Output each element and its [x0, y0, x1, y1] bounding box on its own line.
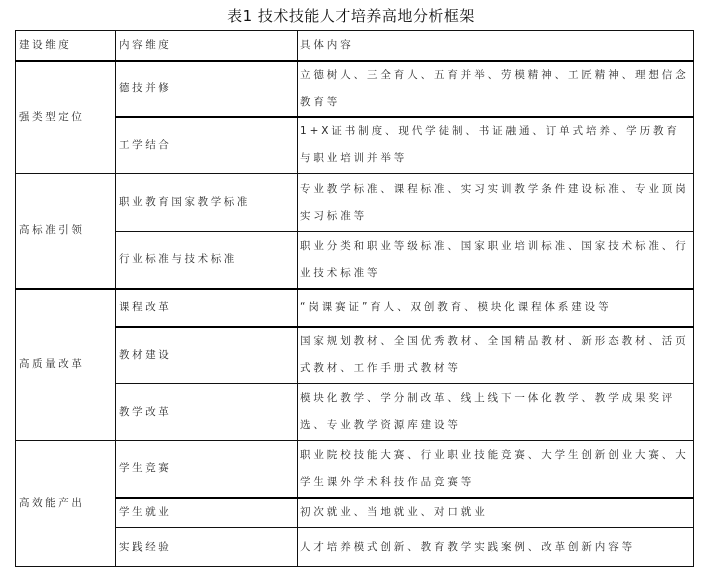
content-dimension-cell: 学生竞赛 [116, 441, 298, 498]
content-dimension-cell: 教学改革 [116, 384, 298, 441]
details-cell: “岗课赛证”育人、双创教育、模块化课程体系建设等 [298, 289, 694, 327]
content-dimension-cell: 实践经验 [116, 528, 298, 567]
table-row: 学生就业 初次就业、当地就业、对口就业 [16, 498, 694, 528]
dimension-cell: 高效能产出 [16, 441, 116, 567]
table-row: 行业标准与技术标准 职业分类和职业等级标准、国家职业培训标准、国家技术标准、行业… [16, 232, 694, 289]
table-row: 高质量改革 课程改革 “岗课赛证”育人、双创教育、模块化课程体系建设等 [16, 289, 694, 327]
table-row: 强类型定位 德技并修 立德树人、三全育人、五育并举、劳模精神、工匠精神、理想信念… [16, 61, 694, 117]
table-row: 高标准引领 职业教育国家教学标准 专业教学标准、课程标准、实习实训教学条件建设标… [16, 174, 694, 232]
header-construction-dimension: 建设维度 [16, 31, 116, 61]
details-cell: 立德树人、三全育人、五育并举、劳模精神、工匠精神、理想信念教育等 [298, 61, 694, 117]
content-dimension-cell: 职业教育国家教学标准 [116, 174, 298, 232]
header-specific-content: 具体内容 [298, 31, 694, 61]
table-row: 高效能产出 学生竞赛 职业院校技能大赛、行业职业技能竞赛、大学生创新创业大赛、大… [16, 441, 694, 498]
analysis-framework-table: 建设维度 内容维度 具体内容 强类型定位 德技并修 立德树人、三全育人、五育并举… [15, 30, 694, 567]
details-cell: 1+X证书制度、现代学徒制、书证融通、订单式培养、学历教育与职业培训并举等 [298, 117, 694, 174]
details-cell: 初次就业、当地就业、对口就业 [298, 498, 694, 528]
details-cell: 模块化教学、学分制改革、线上线下一体化教学、教学成果奖评选、专业教学资源库建设等 [298, 384, 694, 441]
table-row: 工学结合 1+X证书制度、现代学徒制、书证融通、订单式培养、学历教育与职业培训并… [16, 117, 694, 174]
table-title: 表1 技术技能人才培养高地分析框架 [0, 5, 702, 26]
details-cell: 国家规划教材、全国优秀教材、全国精品教材、新形态教材、活页式教材、工作手册式教材… [298, 327, 694, 384]
dimension-cell: 高质量改革 [16, 289, 116, 441]
content-dimension-cell: 工学结合 [116, 117, 298, 174]
content-dimension-cell: 教材建设 [116, 327, 298, 384]
details-cell: 专业教学标准、课程标准、实习实训教学条件建设标准、专业顶岗实习标准等 [298, 174, 694, 232]
content-dimension-cell: 学生就业 [116, 498, 298, 528]
table-row: 教学改革 模块化教学、学分制改革、线上线下一体化教学、教学成果奖评选、专业教学资… [16, 384, 694, 441]
details-cell: 人才培养模式创新、教育教学实践案例、改革创新内容等 [298, 528, 694, 567]
content-dimension-cell: 行业标准与技术标准 [116, 232, 298, 289]
content-dimension-cell: 课程改革 [116, 289, 298, 327]
details-cell: 职业院校技能大赛、行业职业技能竞赛、大学生创新创业大赛、大学生课外学术科技作品竞… [298, 441, 694, 498]
table-row: 教材建设 国家规划教材、全国优秀教材、全国精品教材、新形态教材、活页式教材、工作… [16, 327, 694, 384]
details-cell: 职业分类和职业等级标准、国家职业培训标准、国家技术标准、行业技术标准等 [298, 232, 694, 289]
header-content-dimension: 内容维度 [116, 31, 298, 61]
dimension-cell: 高标准引领 [16, 174, 116, 289]
table-header-row: 建设维度 内容维度 具体内容 [16, 31, 694, 61]
content-dimension-cell: 德技并修 [116, 61, 298, 117]
dimension-cell: 强类型定位 [16, 61, 116, 174]
table-row: 实践经验 人才培养模式创新、教育教学实践案例、改革创新内容等 [16, 528, 694, 567]
